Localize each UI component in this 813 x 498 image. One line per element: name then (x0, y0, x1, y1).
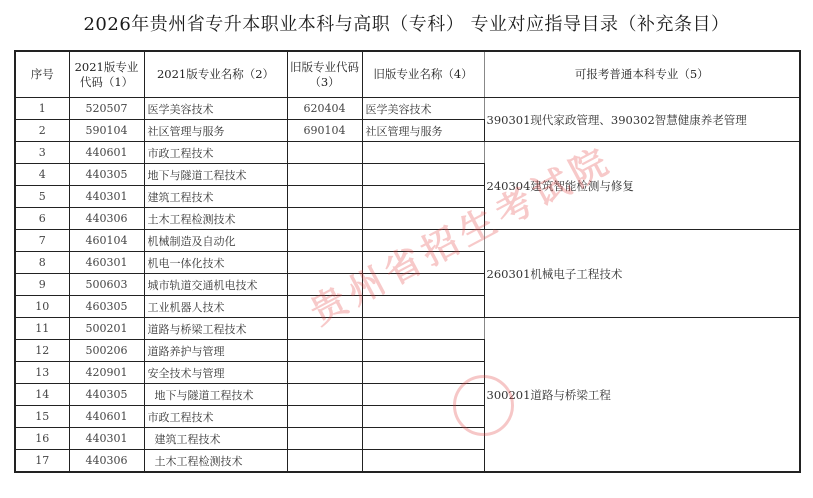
cell-code-2021: 590104 (69, 120, 144, 142)
cell-no: 2 (15, 120, 69, 142)
cell-no: 12 (15, 340, 69, 362)
table-row: 7 460104 机械制造及自动化 260301机械电子工程技术 (15, 230, 800, 252)
cell-code-2021: 440306 (69, 450, 144, 473)
cell-old-name (362, 406, 484, 428)
header-no: 序号 (15, 51, 69, 98)
cell-old-code (287, 252, 362, 274)
cell-old-code (287, 208, 362, 230)
cell-no: 8 (15, 252, 69, 274)
cell-old-name (362, 274, 484, 296)
table-row: 3 440601 市政工程技术 240304建筑智能检测与修复 (15, 142, 800, 164)
cell-old-code (287, 186, 362, 208)
cell-name-2021: 工业机器人技术 (144, 296, 287, 318)
cell-code-2021: 440305 (69, 164, 144, 186)
cell-no: 3 (15, 142, 69, 164)
cell-code-2021: 460301 (69, 252, 144, 274)
cell-no: 14 (15, 384, 69, 406)
cell-old-name: 社区管理与服务 (362, 120, 484, 142)
cell-old-code (287, 164, 362, 186)
cell-name-2021: 地下与隧道工程技术 (144, 384, 287, 406)
cell-old-code (287, 142, 362, 164)
cell-old-code (287, 296, 362, 318)
cell-old-name (362, 384, 484, 406)
cell-no: 7 (15, 230, 69, 252)
cell-old-name (362, 428, 484, 450)
cell-old-code (287, 318, 362, 340)
cell-code-2021: 440305 (69, 384, 144, 406)
page-title: 2026年贵州省专升本职业本科与高职（专科） 专业对应指导目录（补充条目） (0, 10, 813, 36)
cell-code-2021: 500201 (69, 318, 144, 340)
cell-name-2021: 城市轨道交通机电技术 (144, 274, 287, 296)
cell-name-2021: 建筑工程技术 (144, 428, 287, 450)
cell-old-name (362, 362, 484, 384)
cell-old-code (287, 384, 362, 406)
cell-no: 15 (15, 406, 69, 428)
cell-name-2021: 机电一体化技术 (144, 252, 287, 274)
cell-old-name (362, 208, 484, 230)
cell-code-2021: 440601 (69, 406, 144, 428)
header-old-name: 旧版专业名称（4） (362, 51, 484, 98)
cell-old-code (287, 362, 362, 384)
cell-name-2021: 建筑工程技术 (144, 186, 287, 208)
cell-old-code: 690104 (287, 120, 362, 142)
cell-no: 10 (15, 296, 69, 318)
cell-name-2021: 土木工程检测技术 (144, 450, 287, 473)
table-header-row: 序号 2021版专业代码（1） 2021版专业名称（2） 旧版专业代码（3） 旧… (15, 51, 800, 98)
cell-code-2021: 440601 (69, 142, 144, 164)
cell-old-code (287, 450, 362, 473)
cell-no: 9 (15, 274, 69, 296)
cell-name-2021: 道路养护与管理 (144, 340, 287, 362)
cell-no: 5 (15, 186, 69, 208)
table-row: 1 520507 医学美容技术 620404 医学美容技术 390301现代家政… (15, 98, 800, 120)
header-code-2021: 2021版专业代码（1） (69, 51, 144, 98)
cell-eligible-major: 390301现代家政管理、390302智慧健康养老管理 (484, 98, 800, 142)
major-mapping-table: 序号 2021版专业代码（1） 2021版专业名称（2） 旧版专业代码（3） 旧… (14, 50, 801, 473)
cell-old-name (362, 252, 484, 274)
cell-old-name: 医学美容技术 (362, 98, 484, 120)
cell-old-name (362, 142, 484, 164)
cell-code-2021: 500206 (69, 340, 144, 362)
cell-old-name (362, 186, 484, 208)
cell-no: 11 (15, 318, 69, 340)
cell-no: 1 (15, 98, 69, 120)
cell-old-code (287, 428, 362, 450)
header-eligible-major: 可报考普通本科专业（5） (484, 51, 800, 98)
cell-code-2021: 500603 (69, 274, 144, 296)
cell-old-code (287, 406, 362, 428)
cell-old-name (362, 164, 484, 186)
cell-old-name (362, 230, 484, 252)
cell-no: 17 (15, 450, 69, 473)
cell-code-2021: 440301 (69, 186, 144, 208)
cell-name-2021: 地下与隧道工程技术 (144, 164, 287, 186)
cell-code-2021: 460104 (69, 230, 144, 252)
cell-name-2021: 安全技术与管理 (144, 362, 287, 384)
header-old-code: 旧版专业代码（3） (287, 51, 362, 98)
cell-no: 13 (15, 362, 69, 384)
cell-eligible-major: 240304建筑智能检测与修复 (484, 142, 800, 230)
cell-eligible-major: 300201道路与桥梁工程 (484, 318, 800, 473)
cell-no: 4 (15, 164, 69, 186)
cell-name-2021: 道路与桥梁工程技术 (144, 318, 287, 340)
cell-name-2021: 市政工程技术 (144, 406, 287, 428)
cell-name-2021: 机械制造及自动化 (144, 230, 287, 252)
cell-old-name (362, 318, 484, 340)
cell-old-name (362, 340, 484, 362)
cell-code-2021: 440301 (69, 428, 144, 450)
cell-name-2021: 市政工程技术 (144, 142, 287, 164)
cell-eligible-major: 260301机械电子工程技术 (484, 230, 800, 318)
cell-code-2021: 460305 (69, 296, 144, 318)
cell-old-code (287, 230, 362, 252)
cell-old-name (362, 450, 484, 473)
cell-old-code (287, 340, 362, 362)
cell-code-2021: 440306 (69, 208, 144, 230)
table-row: 11 500201 道路与桥梁工程技术 300201道路与桥梁工程 (15, 318, 800, 340)
cell-old-name (362, 296, 484, 318)
cell-old-code (287, 274, 362, 296)
cell-name-2021: 医学美容技术 (144, 98, 287, 120)
cell-old-code: 620404 (287, 98, 362, 120)
cell-code-2021: 520507 (69, 98, 144, 120)
header-name-2021: 2021版专业名称（2） (144, 51, 287, 98)
cell-name-2021: 土木工程检测技术 (144, 208, 287, 230)
cell-no: 16 (15, 428, 69, 450)
cell-no: 6 (15, 208, 69, 230)
cell-code-2021: 420901 (69, 362, 144, 384)
cell-name-2021: 社区管理与服务 (144, 120, 287, 142)
